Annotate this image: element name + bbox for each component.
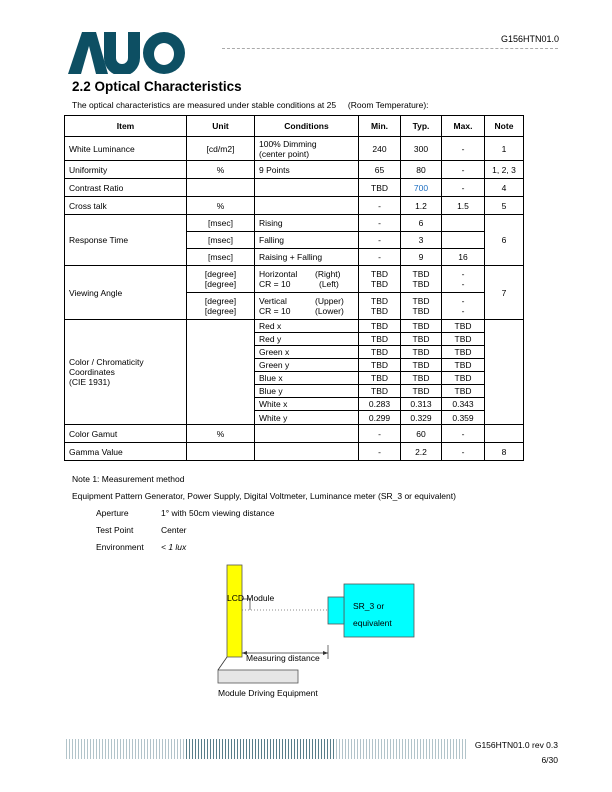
conditions-cell: Blue y: [255, 385, 359, 398]
min-cell: TBD: [359, 372, 401, 385]
min-cell: -: [359, 249, 401, 266]
testpoint-row: Test PointCenter: [72, 522, 456, 539]
value: TBD: [413, 279, 430, 289]
table-header-row: Item Unit Conditions Min. Typ. Max. Note: [65, 116, 524, 137]
min-cell: -: [359, 443, 401, 461]
min-cell: TBDTBD: [359, 266, 401, 293]
min-cell: TBD: [359, 320, 401, 333]
item-cell: Viewing Angle: [65, 266, 187, 320]
value: -: [462, 296, 465, 306]
item-cell: Response Time: [65, 215, 187, 266]
header-min: Min.: [359, 116, 401, 137]
max-cell: -: [442, 443, 485, 461]
typ-cell: 9: [401, 249, 442, 266]
meter-lens-shape: [328, 597, 344, 624]
aperture-row: Aperture1° with 50cm viewing distance: [72, 505, 456, 522]
note-cell: 4: [485, 179, 524, 197]
min-cell: -: [359, 232, 401, 249]
lcd-module-label: LCD Module: [227, 593, 275, 603]
conditions-cell: Green x: [255, 346, 359, 359]
distance-label: Measuring distance: [246, 653, 320, 663]
conditions-cell: [255, 179, 359, 197]
conditions-cell: 9 Points: [255, 161, 359, 179]
min-cell: 0.283: [359, 398, 401, 411]
note-1-title: Note 1: Measurement method: [72, 471, 456, 488]
value: TBD: [413, 296, 430, 306]
equipment-list: Equipment Pattern Generator, Power Suppl…: [72, 488, 456, 505]
condition-text: (Upper): [315, 296, 344, 306]
table-row: Color Gamut % - 60 -: [65, 425, 524, 443]
item-line: Coordinates: [69, 367, 115, 377]
typ-cell: TBDTBD: [401, 293, 442, 320]
table-row: Uniformity % 9 Points 65 80 - 1, 2, 3: [65, 161, 524, 179]
unit-line: [degree]: [205, 279, 236, 289]
conditions-cell: [255, 443, 359, 461]
value: -: [462, 279, 465, 289]
unit-cell: %: [187, 197, 255, 215]
note-cell: 5: [485, 197, 524, 215]
min-cell: TBD: [359, 333, 401, 346]
item-line: Color / Chromaticity: [69, 357, 144, 367]
environment-value: < 1 lux: [161, 542, 186, 552]
unit-cell: [msec]: [187, 249, 255, 266]
min-cell: 0.299: [359, 411, 401, 425]
environment-label: Environment: [96, 539, 161, 556]
max-cell: [442, 232, 485, 249]
unit-cell: [cd/m2]: [187, 137, 255, 161]
unit-line: [degree]: [205, 306, 236, 316]
max-cell: [442, 215, 485, 232]
item-cell: Gamma Value: [65, 443, 187, 461]
typ-cell: 6: [401, 215, 442, 232]
unit-cell: [msec]: [187, 215, 255, 232]
conditions-cell: Blue x: [255, 372, 359, 385]
typ-cell: TBD: [401, 320, 442, 333]
condition-text: CR = 10: [259, 279, 319, 289]
optical-characteristics-table: Item Unit Conditions Min. Typ. Max. Note…: [64, 115, 524, 461]
min-cell: TBDTBD: [359, 293, 401, 320]
note-cell: 1, 2, 3: [485, 161, 524, 179]
note-cell: [485, 320, 524, 425]
max-cell: 1.5: [442, 197, 485, 215]
max-cell: -: [442, 161, 485, 179]
max-cell: 0.359: [442, 411, 485, 425]
value: TBD: [371, 306, 388, 316]
max-cell: 16: [442, 249, 485, 266]
table-row: Viewing Angle [degree][degree] Horizonta…: [65, 266, 524, 293]
item-cell: White Luminance: [65, 137, 187, 161]
min-cell: TBD: [359, 346, 401, 359]
environment-row: Environment< 1 lux: [72, 539, 456, 556]
condition-text: (Lower): [315, 306, 344, 316]
value: -: [462, 306, 465, 316]
table-row: Color / ChromaticityCoordinates(CIE 1931…: [65, 320, 524, 333]
header-typ: Typ.: [401, 116, 442, 137]
condition-text: CR = 10: [259, 306, 315, 316]
typ-cell: 0.313: [401, 398, 442, 411]
aperture-value: 1° with 50cm viewing distance: [161, 508, 274, 518]
condition-text: (Right): [315, 269, 341, 279]
note-cell: 7: [485, 266, 524, 320]
min-cell: 65: [359, 161, 401, 179]
meter-label-line2: equivalent: [353, 618, 392, 628]
table-row: Contrast Ratio TBD 700 - 4: [65, 179, 524, 197]
min-cell: -: [359, 425, 401, 443]
min-cell: -: [359, 197, 401, 215]
aperture-label: Aperture: [96, 505, 161, 522]
max-cell: --: [442, 293, 485, 320]
condition-line: (center point): [259, 149, 309, 159]
lcd-module-shape: [227, 565, 242, 657]
note-cell: [485, 425, 524, 443]
measurement-diagram: LCD Module SR_3 or equivalent Measuring …: [200, 555, 440, 705]
max-cell: TBD: [442, 359, 485, 372]
item-cell: Color / ChromaticityCoordinates(CIE 1931…: [65, 320, 187, 425]
max-cell: -: [442, 179, 485, 197]
conditions-cell: Raising + Falling: [255, 249, 359, 266]
value: TBD: [371, 279, 388, 289]
conditions-cell: Rising: [255, 215, 359, 232]
typ-cell: 2.2: [401, 443, 442, 461]
condition-line: 100% Dimming: [259, 139, 317, 149]
page-number: 6/30: [541, 755, 558, 765]
conditions-cell: White y: [255, 411, 359, 425]
note-cell: 6: [485, 215, 524, 266]
conditions-cell: 100% Dimming(center point): [255, 137, 359, 161]
note-cell: 8: [485, 443, 524, 461]
driving-equipment-shape: [218, 670, 298, 683]
typ-cell: 300: [401, 137, 442, 161]
unit-cell: [187, 320, 255, 425]
conditions-cell: Red y: [255, 333, 359, 346]
max-cell: TBD: [442, 320, 485, 333]
typ-cell: 0.329: [401, 411, 442, 425]
typ-cell: 700: [401, 179, 442, 197]
header-divider: [222, 48, 558, 49]
table-row: Gamma Value - 2.2 - 8: [65, 443, 524, 461]
conditions-cell: Green y: [255, 359, 359, 372]
max-cell: TBD: [442, 346, 485, 359]
testpoint-label: Test Point: [96, 522, 161, 539]
typ-cell: 80: [401, 161, 442, 179]
condition-text: (Left): [319, 279, 339, 289]
typ-cell: TBDTBD: [401, 266, 442, 293]
value: TBD: [413, 269, 430, 279]
header-max: Max.: [442, 116, 485, 137]
max-cell: TBD: [442, 385, 485, 398]
measurement-notes: Note 1: Measurement method Equipment Pat…: [72, 471, 456, 556]
min-cell: TBD: [359, 359, 401, 372]
header-unit: Unit: [187, 116, 255, 137]
value: -: [462, 269, 465, 279]
table-row: Cross talk % - 1.2 1.5 5: [65, 197, 524, 215]
section-intro: The optical characteristics are measured…: [72, 100, 429, 110]
typ-cell: TBD: [401, 333, 442, 346]
min-cell: TBD: [359, 179, 401, 197]
conditions-cell: [255, 197, 359, 215]
section-title: 2.2 Optical Characteristics: [72, 79, 242, 94]
typ-cell: TBD: [401, 346, 442, 359]
conditions-cell: Falling: [255, 232, 359, 249]
min-cell: 240: [359, 137, 401, 161]
typ-cell: TBD: [401, 372, 442, 385]
max-cell: TBD: [442, 372, 485, 385]
item-cell: Cross talk: [65, 197, 187, 215]
value: TBD: [371, 296, 388, 306]
unit-cell: [msec]: [187, 232, 255, 249]
unit-cell: [187, 179, 255, 197]
min-cell: TBD: [359, 385, 401, 398]
typ-cell: 60: [401, 425, 442, 443]
item-cell: Color Gamut: [65, 425, 187, 443]
unit-cell: [187, 443, 255, 461]
condition-text: Horizontal: [259, 269, 315, 279]
unit-line: [degree]: [205, 296, 236, 306]
unit-cell: %: [187, 425, 255, 443]
max-cell: -: [442, 425, 485, 443]
max-cell: 0.343: [442, 398, 485, 411]
unit-line: [degree]: [205, 269, 236, 279]
conditions-cell: Vertical(Upper) CR = 10(Lower): [255, 293, 359, 320]
driving-equipment-label: Module Driving Equipment: [218, 688, 318, 698]
footer-decoration: [66, 739, 466, 759]
unit-cell: %: [187, 161, 255, 179]
conditions-cell: Red x: [255, 320, 359, 333]
value: TBD: [371, 269, 388, 279]
conditions-cell: Horizontal(Right) CR = 10(Left): [255, 266, 359, 293]
item-cell: Contrast Ratio: [65, 179, 187, 197]
typ-cell: TBD: [401, 385, 442, 398]
doc-id: G156HTN01.0: [501, 34, 559, 44]
unit-cell: [degree][degree]: [187, 293, 255, 320]
item-cell: Uniformity: [65, 161, 187, 179]
header-conditions: Conditions: [255, 116, 359, 137]
typ-cell: TBD: [401, 359, 442, 372]
item-line: (CIE 1931): [69, 377, 110, 387]
typ-cell: 3: [401, 232, 442, 249]
note-cell: 1: [485, 137, 524, 161]
header-note: Note: [485, 116, 524, 137]
typ-cell: 1.2: [401, 197, 442, 215]
condition-text: Vertical: [259, 296, 315, 306]
max-cell: -: [442, 137, 485, 161]
unit-cell: [degree][degree]: [187, 266, 255, 293]
conditions-cell: [255, 425, 359, 443]
conditions-cell: White x: [255, 398, 359, 411]
table-row: White Luminance [cd/m2] 100% Dimming(cen…: [65, 137, 524, 161]
min-cell: -: [359, 215, 401, 232]
value: TBD: [413, 306, 430, 316]
auo-logo: [68, 30, 186, 74]
table-row: Response Time [msec] Rising - 6 6: [65, 215, 524, 232]
footer-doc-rev: G156HTN01.0 rev 0.3: [475, 740, 558, 750]
testpoint-value: Center: [161, 525, 187, 535]
max-cell: TBD: [442, 333, 485, 346]
header-item: Item: [65, 116, 187, 137]
meter-label-line1: SR_3 or: [353, 601, 384, 611]
max-cell: --: [442, 266, 485, 293]
